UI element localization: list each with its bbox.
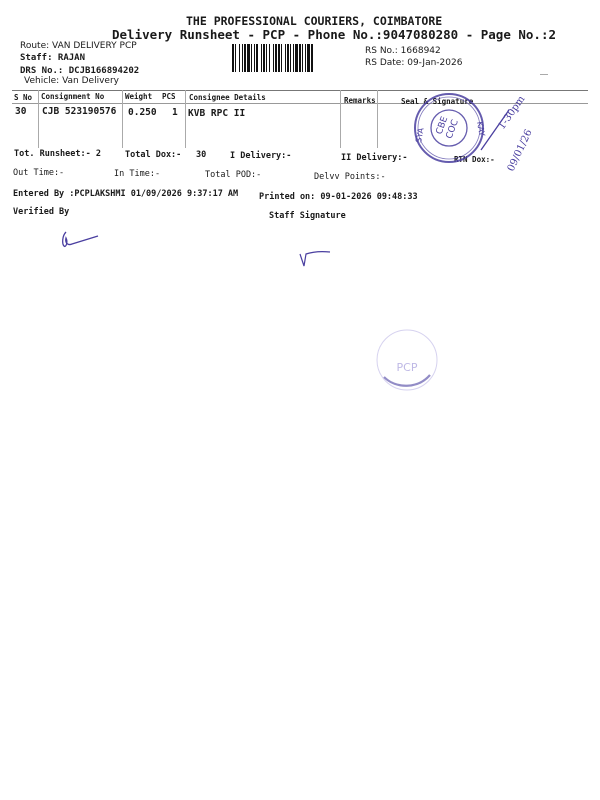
staff-label: Staff: RAJAN bbox=[20, 53, 85, 63]
ii-delivery: II Delivery:- bbox=[341, 153, 408, 163]
total-dox-label: Total Dox:- bbox=[125, 150, 181, 160]
verified-signature-mark bbox=[58, 228, 108, 252]
out-time: Out Time:- bbox=[13, 168, 64, 178]
pcp-stamp: PCP bbox=[372, 325, 442, 395]
svg-text:PCP: PCP bbox=[397, 361, 418, 374]
col-header-consignment: Consignment No bbox=[41, 92, 104, 101]
printed-on: Printed on: 09-01-2026 09:48:33 bbox=[259, 192, 418, 202]
col-divider bbox=[38, 90, 39, 148]
svg-text:SYA: SYA bbox=[414, 127, 426, 144]
col-header-pcs: PCS bbox=[162, 92, 176, 101]
scan-mark bbox=[540, 74, 548, 75]
drs-number: DRS No.: DCJB166894202 bbox=[20, 66, 139, 76]
col-header-weight: Weight bbox=[125, 92, 152, 101]
runsheet-title: Delivery Runsheet - PCP - Phone No.:9047… bbox=[112, 27, 556, 42]
total-dox-value: 30 bbox=[196, 150, 206, 160]
col-divider bbox=[340, 90, 341, 148]
company-title: THE PROFESSIONAL COURIERS, COIMBATORE bbox=[186, 14, 442, 28]
total-pod: Total POD:- bbox=[205, 170, 261, 180]
svg-text:1-30pm: 1-30pm bbox=[496, 94, 527, 132]
col-divider bbox=[122, 90, 123, 148]
seal-stamp: CBE COC SYA KAY 1-30pm 09/01/26 bbox=[405, 88, 565, 188]
row-weight: 0.250 bbox=[128, 107, 157, 118]
vehicle-label: Vehicle: Van Delivery bbox=[24, 76, 119, 86]
barcode-image bbox=[232, 44, 360, 72]
route-label: Route: VAN DELIVERY PCP bbox=[20, 41, 137, 51]
svg-text:KAY: KAY bbox=[475, 121, 486, 137]
rs-number: RS No.: 1668942 bbox=[365, 46, 441, 56]
entered-by: Entered By :PCPLAKSHMI 01/09/2026 9:37:1… bbox=[13, 189, 238, 199]
col-header-sno: S No bbox=[14, 93, 32, 102]
rs-date: RS Date: 09-Jan-2026 bbox=[365, 58, 462, 68]
svg-text:09/01/26: 09/01/26 bbox=[506, 128, 535, 173]
row-consignee: KVB RPC II bbox=[188, 108, 245, 119]
row-pcs: 1 bbox=[172, 107, 178, 118]
in-time: In Time:- bbox=[114, 169, 160, 179]
staff-signature-mark bbox=[296, 248, 336, 272]
i-delivery: I Delivery:- bbox=[230, 151, 291, 161]
delvv-points: Delvv Points:- bbox=[314, 172, 386, 182]
tot-runsheet: Tot. Runsheet:- 2 bbox=[14, 149, 101, 159]
col-header-remarks: Remarks bbox=[344, 96, 376, 105]
col-header-consignee: Consignee Details bbox=[189, 93, 266, 102]
col-divider bbox=[185, 90, 186, 148]
staff-signature-label: Staff Signature bbox=[269, 211, 346, 221]
row-consignment-no: CJB 523190576 bbox=[42, 106, 116, 117]
col-divider bbox=[377, 90, 378, 148]
row-sno: 30 bbox=[15, 106, 26, 117]
verified-by: Verified By bbox=[13, 207, 69, 217]
